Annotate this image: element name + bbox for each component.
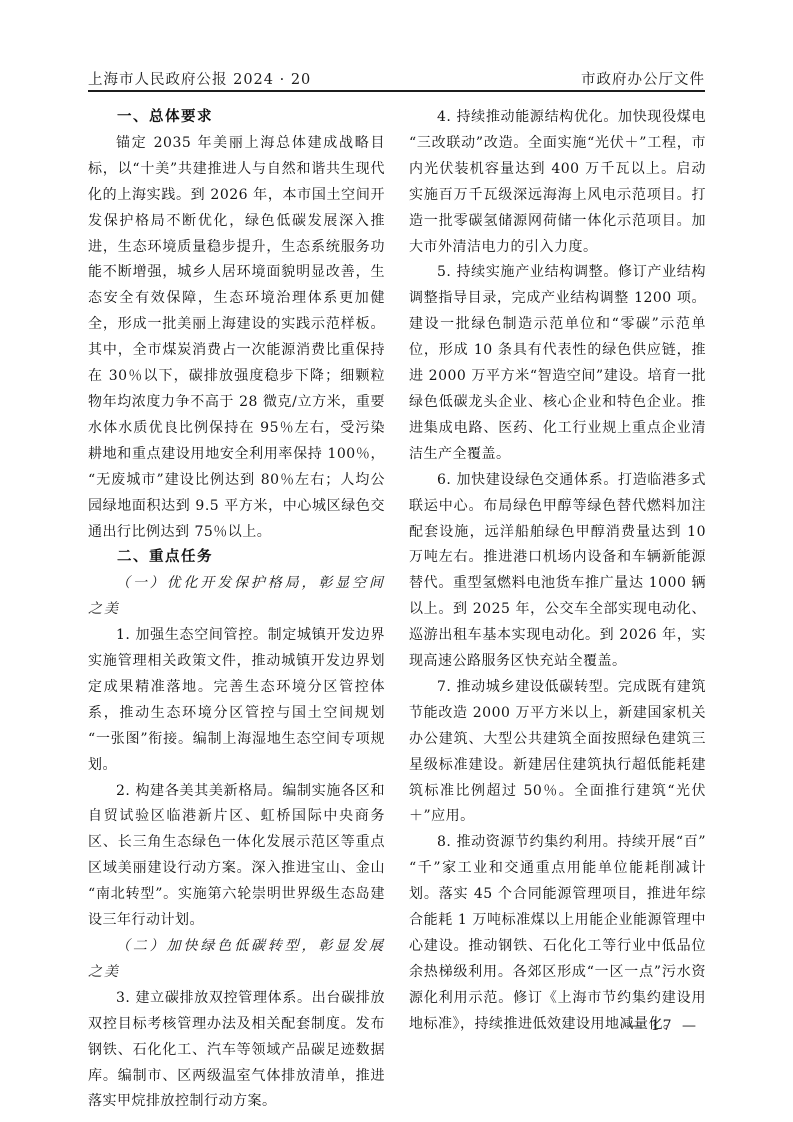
task-5-paragraph: 5. 持续实施产业结构调整。修订产业结构调整指导目录，完成产业结构调整 1200… [409,260,706,467]
task-1-paragraph: 1. 加强生态空间管控。制定城镇开发边界实施管理相关政策文件，推动城镇开发边界划… [88,623,385,778]
gazette-document-page: 上海市人民政府公报 2024 · 20 市政府办公厅文件 一、总体要求 锚定 2… [0,0,793,1122]
subsection-1-title: （一）优化开发保护格局，彰显空间之美 [88,571,385,623]
task-2-paragraph: 2. 构建各美其美新格局。编制实施各区和自贸试验区临港新片区、虹桥国际中央商务区… [88,779,385,934]
page-header: 上海市人民政府公报 2024 · 20 市政府办公厅文件 [88,68,705,89]
header-divider [88,90,705,92]
task-6-paragraph: 6. 加快建设绿色交通体系。打造临港多式联运中心。布局绿色甲醇等绿色替代燃料加注… [409,468,706,675]
left-column: 一、总体要求 锚定 2035 年美丽上海总体建成战略目标，以“十美”共建推进人与… [88,105,385,1115]
page-number: — 17 — [626,1018,699,1034]
task-3-paragraph: 3. 建立碳排放双控管理体系。出台碳排放双控目标考核管理办法及相关配套制度。发布… [88,986,385,1116]
section-heading-key-tasks: 二、重点任务 [88,545,385,571]
task-8-paragraph: 8. 推动资源节约集约利用。持续开展“百”“千”家工业和交通重点用能单位能耗削减… [409,830,706,1037]
document-category-label: 市政府办公厅文件 [581,68,705,89]
task-7-paragraph: 7. 推动城乡建设低碳转型。完成既有建筑节能改造 2000 万平方米以上，新建国… [409,675,706,830]
subsection-2-title: （二）加快绿色低碳转型，彰显发展之美 [88,934,385,986]
task-4-paragraph: 4. 持续推动能源结构优化。加快现役煤电“三改联动”改造。全面实施“光伏＋”工程… [409,105,706,260]
section-heading-overall-requirements: 一、总体要求 [88,105,385,131]
page-footer: — 17 — [626,1018,699,1034]
document-body: 一、总体要求 锚定 2035 年美丽上海总体建成战略目标，以“十美”共建推进人与… [88,105,706,1115]
gazette-title: 上海市人民政府公报 2024 · 20 [88,68,311,89]
overall-requirements-paragraph: 锚定 2035 年美丽上海总体建成战略目标，以“十美”共建推进人与自然和谐共生现… [88,131,385,546]
right-column: 4. 持续推动能源结构优化。加快现役煤电“三改联动”改造。全面实施“光伏＋”工程… [409,105,706,1115]
